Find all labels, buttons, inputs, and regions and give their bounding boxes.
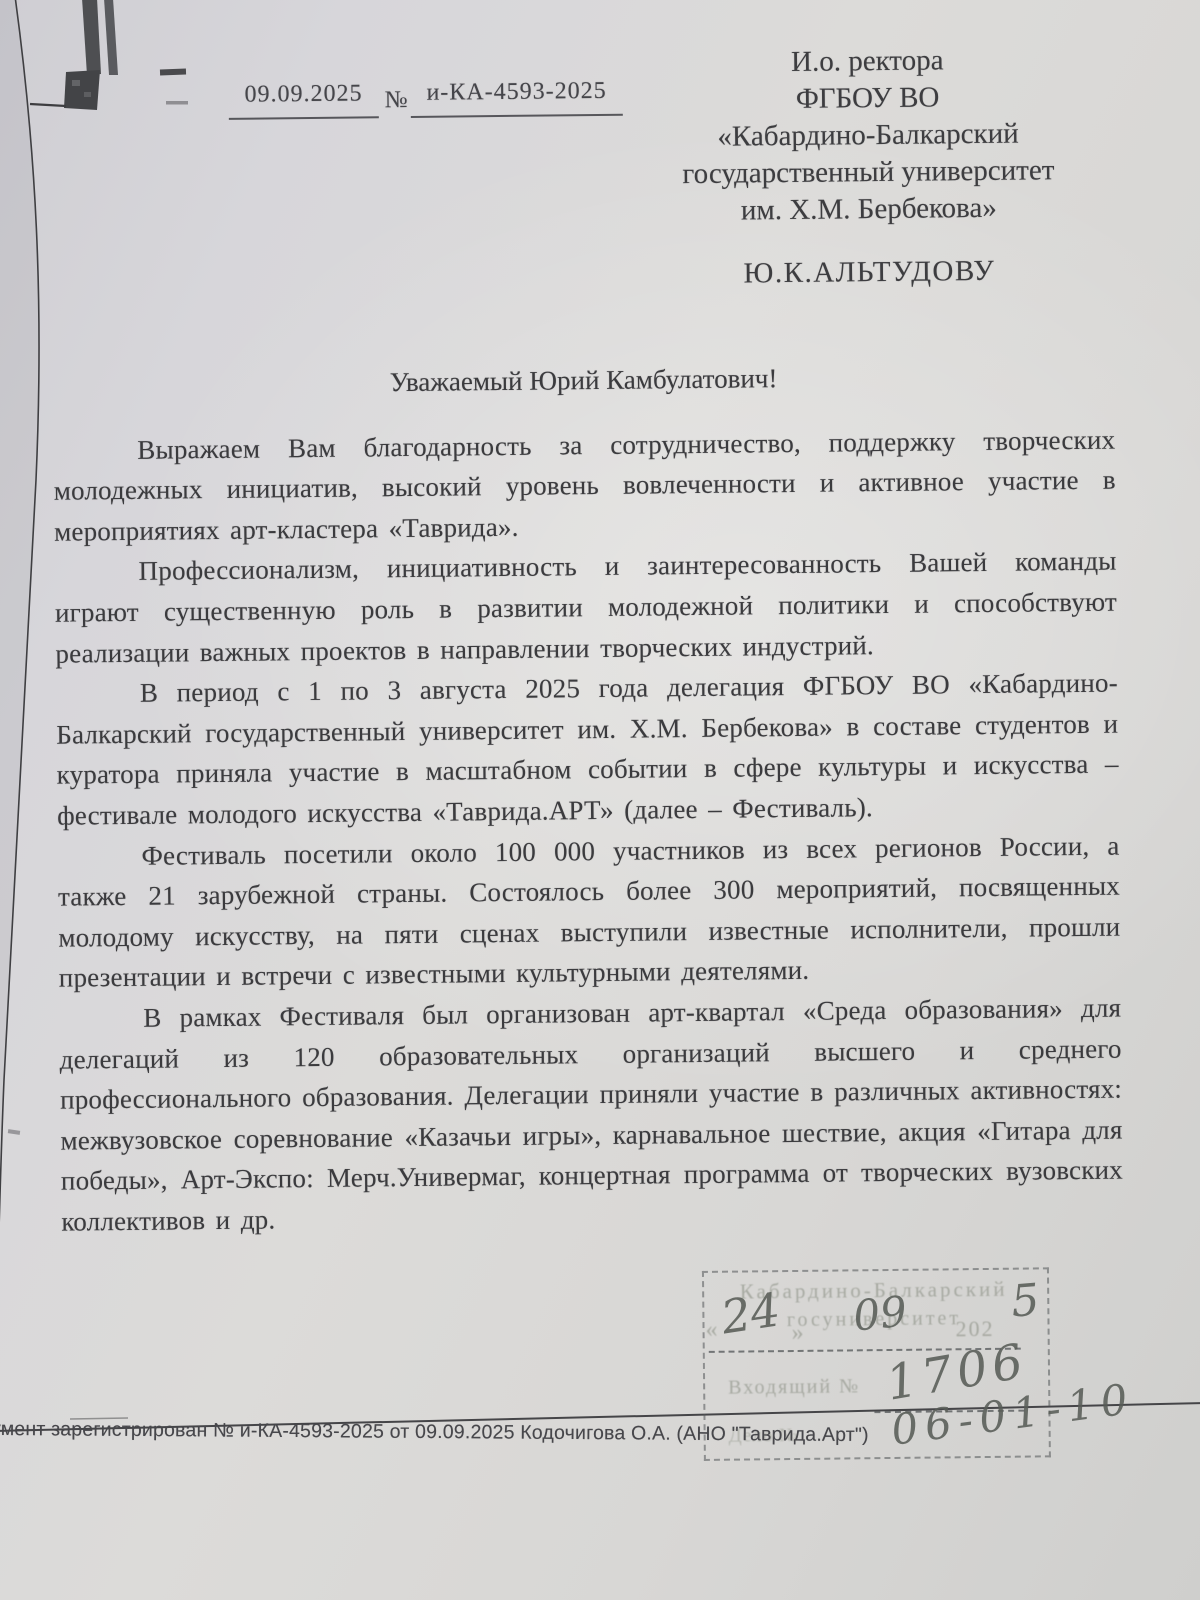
addressee-line: государственный университет — [638, 152, 1098, 194]
addressee-name: Ю.К.АЛЬТУДОВУ — [639, 252, 1099, 294]
body-paragraph: Профессионализм, инициативность и заинте… — [54, 541, 1117, 674]
scanned-letter-photo: 09.09.2025№и-КА-4593-2025 И.о. ректора Ф… — [0, 0, 1200, 1600]
addressee-line: ФГБОУ ВО — [637, 78, 1097, 120]
stamp-year-digit-handwritten: 5 — [1009, 1275, 1041, 1328]
stamp-quote-open: « — [705, 1317, 717, 1344]
letter-content: 09.09.2025№и-КА-4593-2025 И.о. ректора Ф… — [0, 0, 1200, 1600]
addressee-block: И.о. ректора ФГБОУ ВО «Кабардино-Балкарс… — [637, 41, 1100, 294]
ref-no-sign: № — [385, 87, 409, 114]
letter-body: Уважаемый Юрий Камбулатович! Выражаем Ва… — [52, 355, 1123, 1243]
addressee-line: И.о. ректора — [637, 41, 1097, 83]
reference-line: 09.09.2025№и-КА-4593-2025 — [228, 78, 622, 120]
body-paragraph: В рамках Фестиваля был организован арт-к… — [59, 987, 1123, 1242]
ref-number: и-КА-4593-2025 — [410, 78, 623, 118]
salutation: Уважаемый Юрий Камбулатович! — [52, 355, 1114, 407]
body-paragraph: Выражаем Вам благодарность за сотрудниче… — [53, 419, 1116, 552]
body-paragraph: Фестиваль посетили около 100 000 участни… — [57, 825, 1121, 998]
stamp-month-handwritten: 09 — [851, 1287, 909, 1341]
stamp-quote-close: » — [791, 1320, 803, 1347]
body-paragraph: В период с 1 по 3 августа 2025 года деле… — [56, 663, 1120, 836]
stamp-day-handwritten: 24 — [718, 1282, 784, 1344]
addressee-line: «Кабардино-Балкарский — [638, 115, 1098, 157]
addressee-line: им. Х.М. Бербекова» — [639, 189, 1099, 231]
ref-date: 09.09.2025 — [228, 80, 378, 120]
stamp-incoming-label: Входящий № — [728, 1375, 860, 1399]
